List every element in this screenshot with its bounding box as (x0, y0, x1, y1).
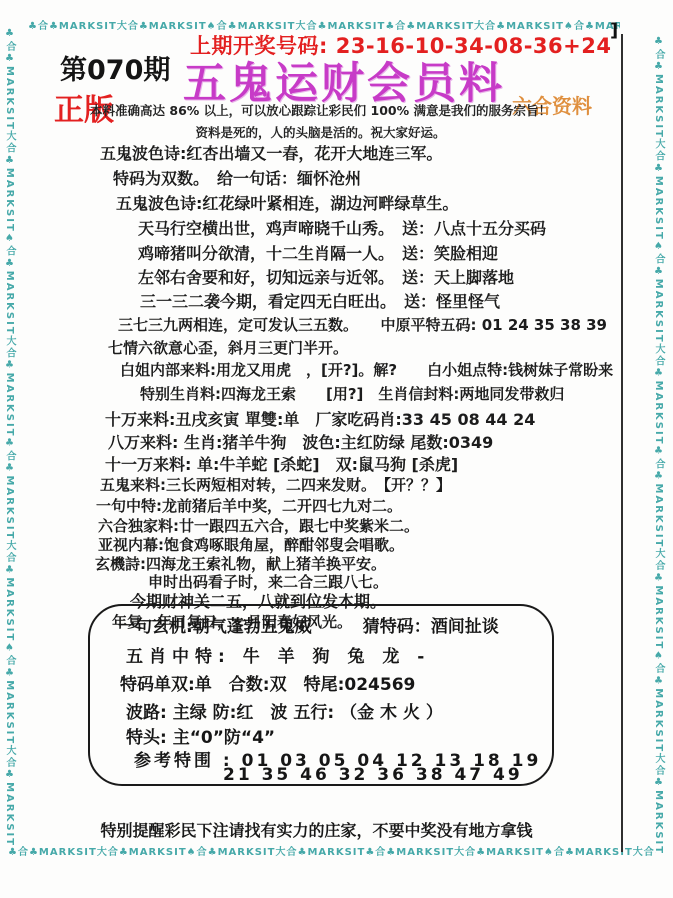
tip-line-verse-4: 三一三二袭今期，看定四无白旺出。 送：怪里怪气 (140, 289, 500, 312)
tip-line-110k-material: 十一万来料: 单:牛羊蛇 [杀蛇] 双:鼠马狗 [杀虎] (105, 452, 458, 475)
motto-line: 资料是死的，人的头脑是活的。祝大家好运。 (28, 123, 613, 141)
tip-line-special-zodiac: 特别生肖料:四海龙王索 [用?] 生肖信封料:两地同发带救归 (140, 383, 564, 404)
tip-line-flat-special-codes: 三七三九两相连，定可发认三五数。 中原平特五码: 01 24 35 38 39 (118, 314, 607, 335)
tip-line-exclusive-material: 六合独家料:廿一跟四五六合，跟七中奖紫米二。 (98, 515, 419, 536)
lottery-tip-sheet: ♣合♣MARKSIT大合♣MARKSIT♠合♣MARKSIT大合♣MARKSIT… (0, 0, 673, 898)
tip-line-wave-poem-1: 五鬼波色诗:红杏出墙又一春，花开大地连三军。 (100, 141, 442, 164)
tip-line-verse-3: 左邻右舍要和好，切知远亲与近邻。 送：天上脚落地 (138, 265, 514, 288)
box-line-five-zodiac: 五肖中特: 牛 羊 狗 兔 龙 - (126, 642, 430, 667)
tip-line-wave-poem-2: 五鬼波色诗:红花绿叶紧相连，湖边河畔绿草生。 (116, 191, 458, 214)
border-right-pattern: ♣合♣MARKSIT大合♣MARKSIT♠合♣MARKSIT大合♣MARKSIT… (652, 36, 666, 856)
tip-line-atv-insider: 亚视内幕:饱食鸡啄眼角屋，醉酣邻叟会唱歌。 (98, 534, 404, 555)
prediction-box: 一句玄机:朝气蓬勃五鬼威 猜特码：酒间扯谈 五肖中特: 牛 羊 狗 兔 龙 - … (88, 604, 554, 786)
tip-line-verse-1: 天马行空横出世，鸡声啼晓千山秀。 送：八点十五分买码 (138, 216, 546, 239)
tip-line-one-sentence-special: 一句中特:龙前猪后羊中奖，二开四七九对二。 (96, 495, 402, 516)
box-line-special-head: 特头: 主“0”防“4” (126, 723, 275, 748)
tip-line-parity-hint: 特码为双数。 给一句话：缅怀沧州 (113, 166, 361, 189)
tip-line-80k-material: 八万来料: 生肖:猪羊牛狗 波色:主红防绿 尾数:0349 (108, 430, 493, 453)
tip-line-100k-material: 十万来料:丑戌亥寅 單雙:单 厂家吃码肖:33 45 08 44 24 (105, 407, 535, 430)
box-line-mystery-sentence: 一句玄机:朝气蓬勃五鬼威 猜特码：酒间扯谈 (118, 612, 499, 637)
box-line-reference-numbers-2: 21 35 46 32 36 38 47 49 (223, 765, 523, 785)
issue-number: 第070期 (60, 48, 170, 87)
accuracy-slogan: 本料准确高达 86% 以上，可以放心跟踪让彩民们 100% 满意是我们的服务宗旨… (28, 101, 613, 119)
page-edge-line (621, 34, 623, 852)
tip-line-verse-5: 七情六欲意心歪，斜月三更门半开。 (108, 337, 348, 358)
box-line-wave-elements: 波路: 主绿 防:红 波 五行: （金 木 火 ） (126, 698, 443, 723)
tip-line-five-ghost-material: 五鬼来料:三长两短相对转，二四来发财。 【开？？】 (100, 474, 451, 495)
border-bottom-pattern: ♣合♣MARKSIT大合♣MARKSIT♠合♣MARKSIT大合♣MARKSIT… (8, 846, 656, 860)
tip-line-verse-2: 鸡啼猪叫分欲清，十二生肖隔一人。 送：笑脸相迎 (138, 241, 498, 264)
box-line-parity-sum-tail: 特码单双:单 合数:双 特尾:024569 (120, 670, 415, 695)
tip-line-baijie-info: 白姐内部来料:用龙又用虎 ，[开?]。解? 白小姐点特:钱树妹子常盼来 (120, 359, 613, 380)
bettor-warning: 特别提醒彩民下注请找有实力的庄家，不要中奖没有地方拿钱 (0, 818, 633, 841)
border-left-pattern: ♣合♣MARKSIT大合♣MARKSIT♠合♣MARKSIT大合♣MARKSIT… (3, 28, 17, 848)
